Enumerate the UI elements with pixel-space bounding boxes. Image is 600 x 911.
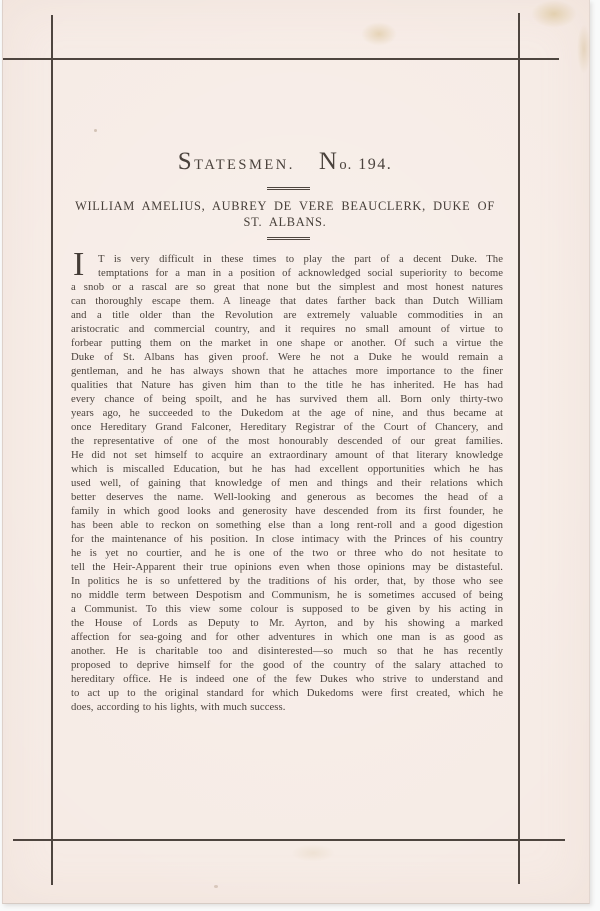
issue-label-initial: N — [319, 148, 340, 175]
document-page: STATESMEN.No.194. WILLIAM AMELIUS, AUBRE… — [2, 0, 590, 904]
article-line: Duke of St. Albans has given proof. Were… — [71, 350, 503, 364]
article-line: can thoroughly escape them. A lineage th… — [71, 294, 503, 308]
foxing-stain — [531, 0, 577, 28]
article-title-line2: ST. ALBANS. — [69, 215, 501, 231]
foxing-stain — [361, 22, 397, 46]
article-line: a Communist. To this view some colour is… — [71, 602, 503, 616]
border-rule-left — [51, 15, 53, 885]
issue-label-text: o. — [339, 157, 352, 173]
article-line: better deserves the name. Well-looking a… — [71, 490, 503, 504]
border-rule-right — [518, 13, 520, 884]
article-line: every chance of being spoilt, and he has… — [71, 392, 503, 406]
article-line: to act up to the original standard for w… — [71, 686, 503, 700]
article-line: In politics he is so unfettered by the t… — [71, 574, 503, 588]
article-line: qualities that Nature has given him than… — [71, 378, 503, 392]
article-line: and a title older than the Revolution ar… — [71, 308, 503, 322]
article-line: T is very difficult in these times to pl… — [71, 252, 503, 266]
article-line: tell the Heir-Apparent their true opinio… — [71, 560, 503, 574]
article-line: which is miscalled Education, but he has… — [71, 462, 503, 476]
article-line: does, according to his lights, with much… — [71, 700, 503, 714]
article-line: the representative of one of the most ho… — [71, 434, 503, 448]
article-line: affection for sea-going and for other ad… — [71, 630, 503, 644]
border-rule-bottom — [13, 839, 565, 841]
article-title: WILLIAM AMELIUS, AUBREY DE VERE BEAUCLER… — [69, 199, 501, 230]
article-line: gentleman, and he has always shown that … — [71, 364, 503, 378]
article-line: family in which good looks and generosit… — [71, 504, 503, 518]
article-line: a snob or a rascal are so great that non… — [71, 280, 503, 294]
article-line: proposed to deprive himself for the good… — [71, 658, 503, 672]
masthead-initial: S — [178, 148, 194, 175]
article-line: once Hereditary Grand Falconer, Heredita… — [71, 420, 503, 434]
article-line: for the maintenance of his position. In … — [71, 532, 503, 546]
ink-speck — [214, 885, 218, 888]
border-rule-top — [3, 58, 559, 60]
drop-cap: I — [73, 252, 84, 277]
article-line: forbear putting them on the market in on… — [71, 336, 503, 350]
article-title-line1: WILLIAM AMELIUS, AUBREY DE VERE BEAUCLER… — [69, 199, 501, 215]
ink-speck — [94, 129, 97, 132]
foxing-stain — [291, 844, 335, 862]
article-line: the House of Lords as Deputy to Mr. Ayrt… — [71, 616, 503, 630]
masthead: STATESMEN.No.194. — [69, 148, 501, 176]
page-background: STATESMEN.No.194. WILLIAM AMELIUS, AUBRE… — [0, 0, 600, 911]
article-line: he is yet no courtier, and he is one of … — [71, 546, 503, 560]
issue-number: 194. — [352, 156, 392, 173]
masthead-text: TATESMEN. — [194, 157, 295, 173]
double-rule-divider-bottom — [267, 237, 310, 240]
article-line: years ago, he succeeded to the Dukedom a… — [71, 406, 503, 420]
article-line: temptations for a man in a position of a… — [71, 266, 503, 280]
article-line: hereditary office. He is indeed one of t… — [71, 672, 503, 686]
double-rule-divider-top — [267, 187, 310, 190]
foxing-stain — [577, 24, 591, 74]
article-line: He did not set himself to acquire an ext… — [71, 448, 503, 462]
article-line: used well, of gaining that knowledge of … — [71, 476, 503, 490]
article-body: I T is very difficult in these times to … — [71, 252, 503, 714]
article-line: another. He is charitable too and disint… — [71, 644, 503, 658]
article-line: aristocratic and commercial country, and… — [71, 322, 503, 336]
article-line: no middle term between Despotism and Com… — [71, 588, 503, 602]
article-line: has been able to reckon on something els… — [71, 518, 503, 532]
